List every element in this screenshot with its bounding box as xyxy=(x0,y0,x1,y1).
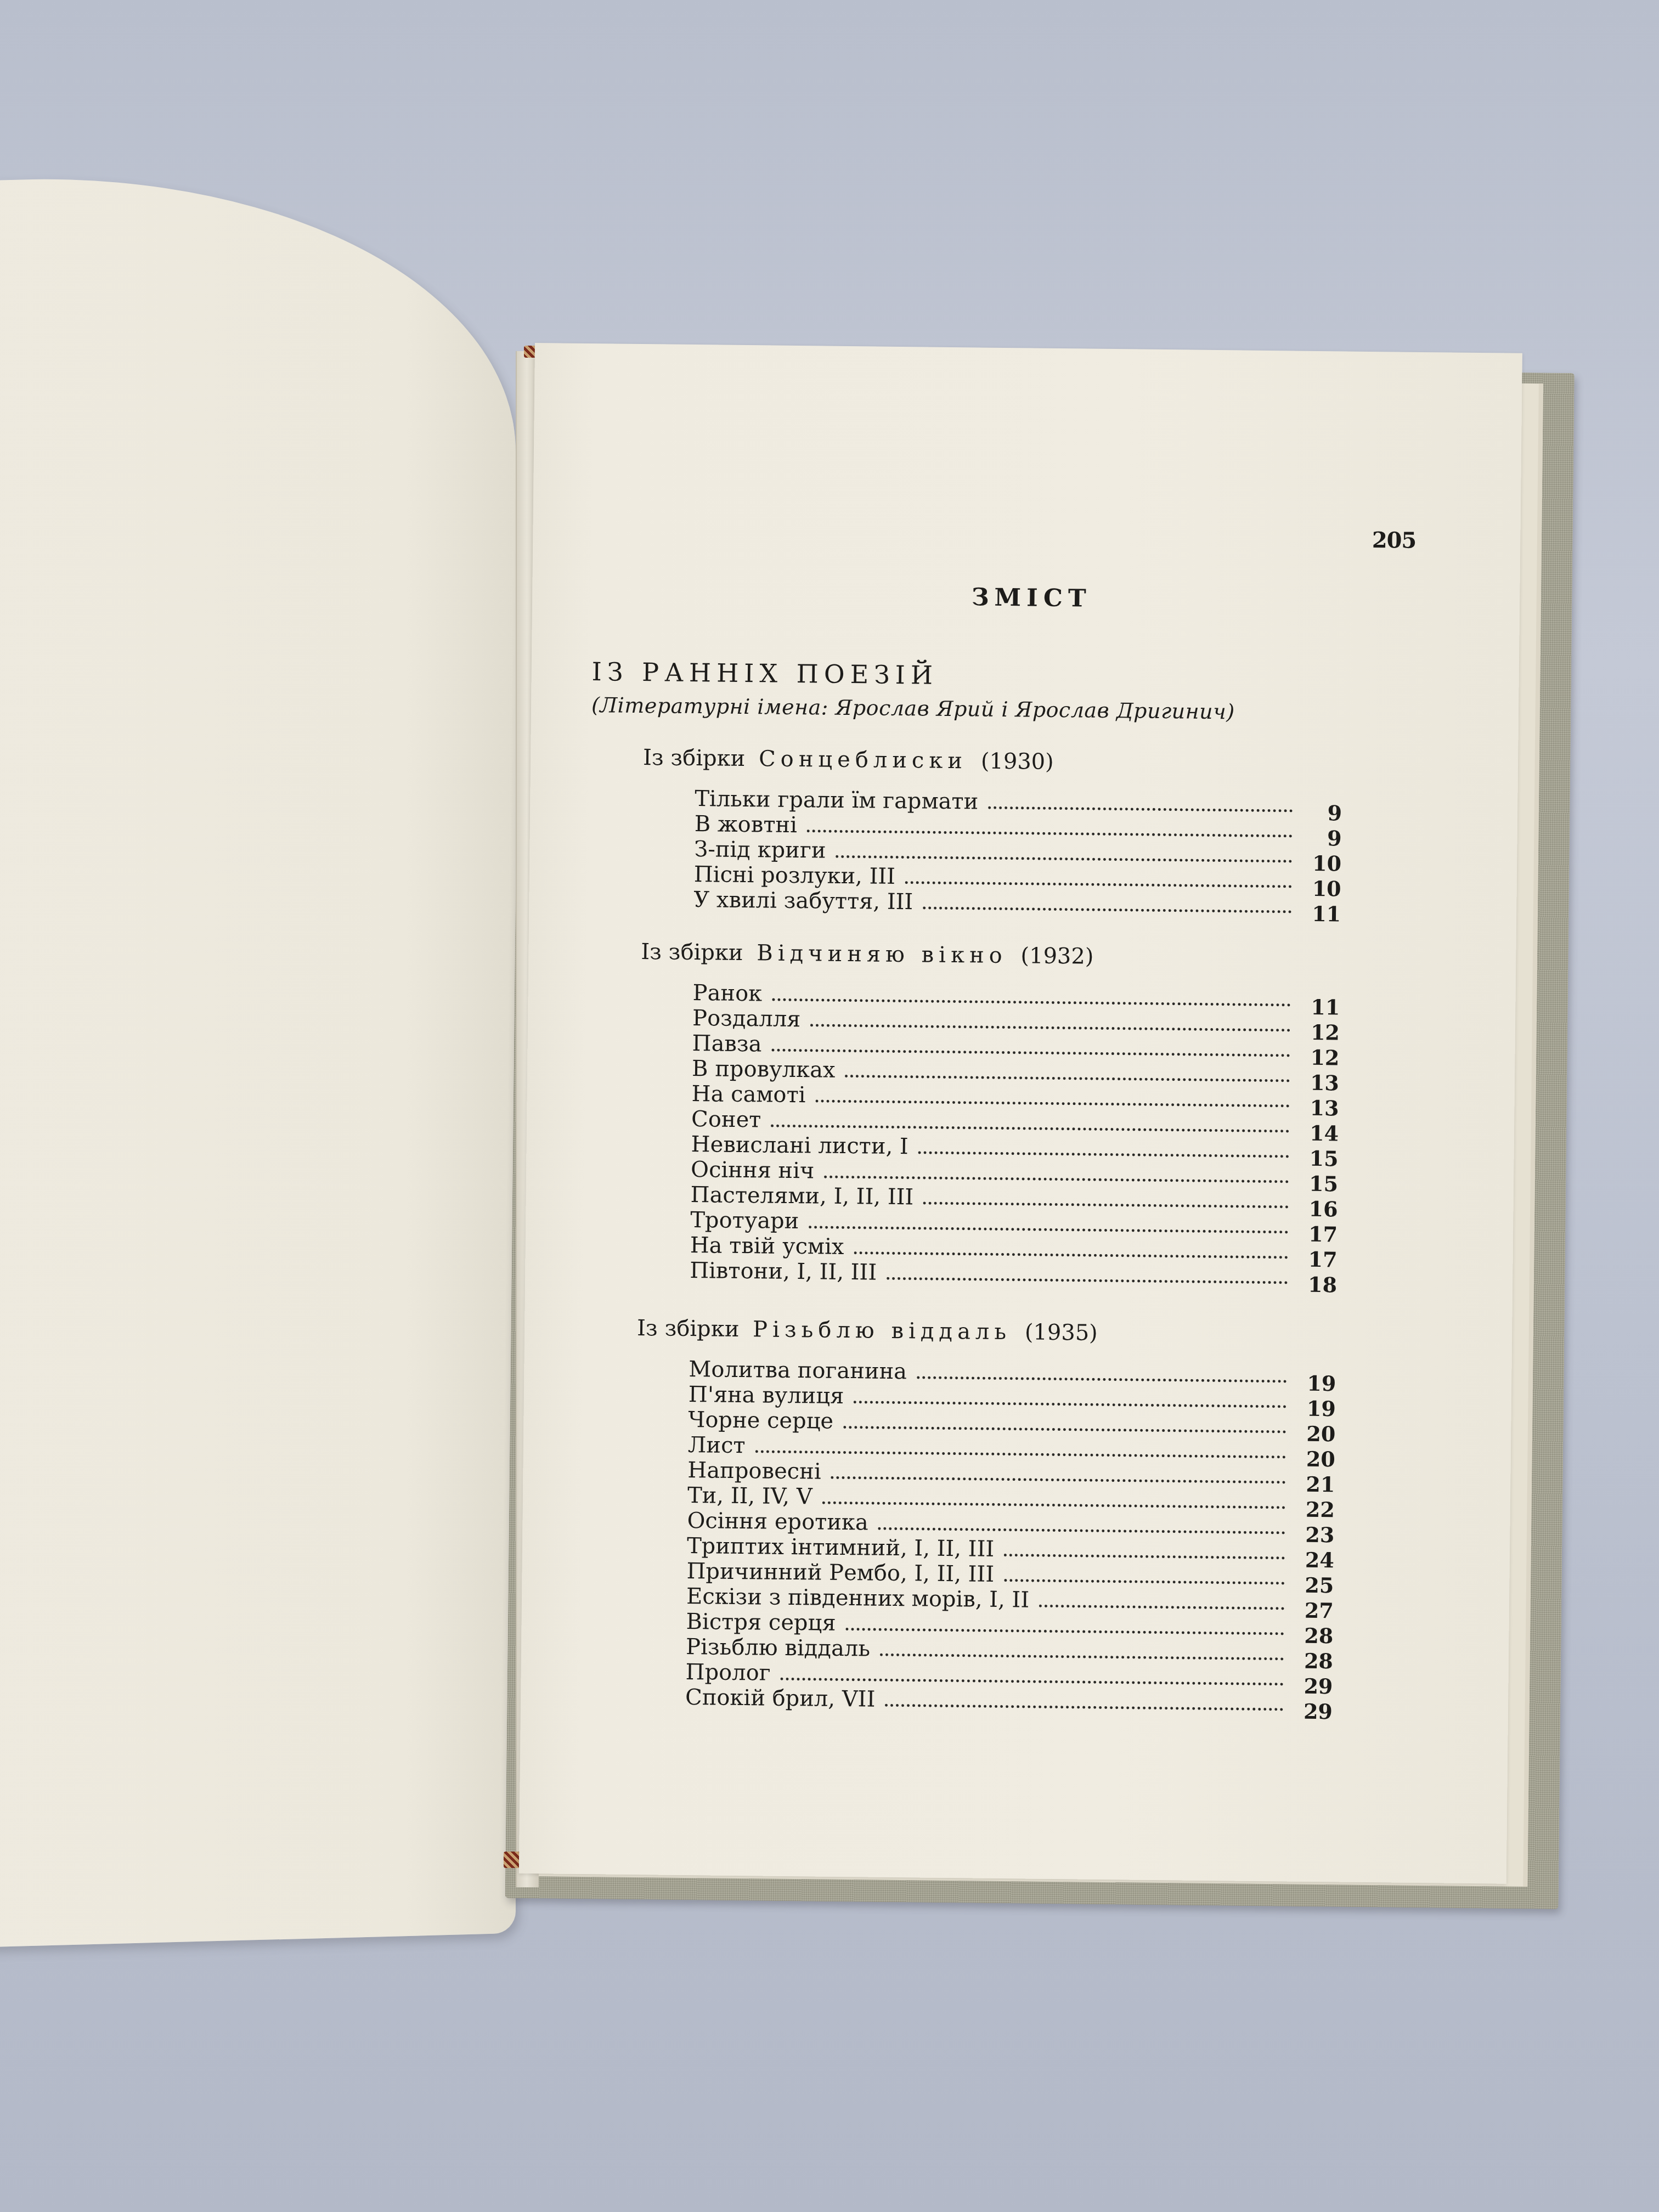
entry-page: 15 xyxy=(1289,1171,1338,1196)
table-of-contents: 205 ЗМІСТ ІЗ РАННІХ ПОЕЗІЙ (Літературні … xyxy=(581,519,1417,1718)
right-page: 205 ЗМІСТ ІЗ РАННІХ ПОЕЗІЙ (Літературні … xyxy=(519,343,1522,1884)
entry-title: Півтони, I, II, III xyxy=(690,1258,887,1285)
collection-heading: Із збірки Відчиняю вікно (1932) xyxy=(641,939,1412,973)
dot-leader xyxy=(755,1450,1285,1458)
entry-page: 28 xyxy=(1284,1648,1333,1673)
entry-title: У хвилі забуття, III xyxy=(693,887,923,915)
entry-page: 17 xyxy=(1288,1246,1337,1272)
dot-leader xyxy=(918,1151,1289,1158)
collection-name: Сонцеблиски xyxy=(759,746,967,774)
entry-title: Причинний Рембо, I, II, III xyxy=(686,1559,1004,1587)
entry-page: 11 xyxy=(1290,994,1340,1019)
entry-title: Сонет xyxy=(691,1107,771,1133)
dot-leader xyxy=(923,906,1291,913)
dot-leader xyxy=(905,881,1292,888)
entry-page: 29 xyxy=(1283,1673,1333,1699)
entry-page: 29 xyxy=(1283,1699,1333,1724)
collection-heading: Із збірки Різьблю віддаль (1935) xyxy=(637,1316,1408,1349)
dot-leader xyxy=(854,1251,1288,1259)
collection-year: (1932) xyxy=(1020,943,1093,969)
entry-title: Молитва поганина xyxy=(689,1357,917,1384)
dot-leader xyxy=(810,1024,1290,1031)
collection-year: (1935) xyxy=(1025,1319,1098,1345)
entry-title: Ти, II, IV, V xyxy=(687,1483,822,1510)
entry-page: 12 xyxy=(1290,1045,1339,1070)
entry-page: 28 xyxy=(1284,1623,1333,1648)
entry-page: 16 xyxy=(1288,1196,1338,1221)
toc-title: ЗМІСТ xyxy=(647,580,1415,616)
entry-page: 13 xyxy=(1289,1095,1339,1120)
entry-title: Тротуари xyxy=(690,1207,809,1234)
entry-title: Спокій брил, VII xyxy=(685,1685,885,1712)
dot-leader xyxy=(917,1376,1286,1383)
page-number: 205 xyxy=(1372,527,1417,554)
entry-title: Пісні розлуки, III xyxy=(694,862,906,889)
section-title: ІЗ РАННІХ ПОЕЗІЙ xyxy=(591,657,1414,695)
entry-page: 23 xyxy=(1285,1522,1334,1547)
collection-rizbliu-viddal: Із збірки Різьблю віддаль (1935) Молитва… xyxy=(581,1315,1408,1718)
dot-leader xyxy=(807,830,1293,837)
entry-page: 9 xyxy=(1292,826,1341,851)
entry-title: Ранок xyxy=(692,980,772,1007)
entry-title: Триптих інтимний, I, II, III xyxy=(687,1533,1005,1562)
entry-title: Напровесні xyxy=(687,1458,831,1485)
dot-leader xyxy=(988,806,1293,812)
entry-page: 10 xyxy=(1292,851,1341,876)
dot-leader xyxy=(845,1628,1284,1635)
entry-page: 10 xyxy=(1291,876,1341,901)
left-page xyxy=(0,167,516,1948)
entry-page: 11 xyxy=(1291,901,1341,927)
entry-title: Пастелями, I, II, III xyxy=(691,1182,924,1210)
entry-title: Роздалля xyxy=(692,1006,811,1032)
dot-leader xyxy=(831,1476,1285,1484)
dot-leader xyxy=(880,1654,1284,1661)
dot-leader xyxy=(771,1125,1289,1133)
dot-leader xyxy=(809,1226,1288,1233)
dot-leader xyxy=(885,1704,1283,1711)
entry-page: 9 xyxy=(1293,800,1342,826)
entry-title: Пролог xyxy=(685,1660,781,1686)
dot-leader xyxy=(1004,1554,1285,1559)
entry-title: Лист xyxy=(688,1432,755,1458)
entry-page: 20 xyxy=(1286,1421,1335,1446)
entry-page: 12 xyxy=(1290,1019,1340,1045)
dot-leader xyxy=(1039,1605,1284,1610)
entry-page: 24 xyxy=(1285,1547,1334,1572)
entry-title: Осіння ніч xyxy=(691,1157,825,1184)
entry-title: Чорне серце xyxy=(688,1407,843,1434)
entry-page: 21 xyxy=(1285,1471,1335,1497)
dot-leader xyxy=(771,1049,1290,1057)
entry-page: 15 xyxy=(1289,1145,1338,1171)
dot-leader xyxy=(923,1202,1289,1209)
collection-prefix: Із збірки xyxy=(643,745,746,771)
collection-year: (1930) xyxy=(981,749,1054,775)
collection-vidchyniaiu-vikno: Із збірки Відчиняю вікно (1932) Ранок11 … xyxy=(585,939,1412,1291)
entry-page: 27 xyxy=(1284,1598,1334,1623)
dot-leader xyxy=(815,1099,1289,1107)
headband-bottom xyxy=(504,1852,520,1868)
dot-leader xyxy=(781,1678,1284,1686)
entry-title: На твій усміх xyxy=(690,1233,854,1260)
dot-leader xyxy=(1004,1579,1284,1584)
dot-leader xyxy=(772,998,1290,1007)
entry-page: 19 xyxy=(1286,1370,1336,1396)
dot-leader xyxy=(854,1401,1286,1408)
entry-title: Різьблю віддаль xyxy=(686,1634,880,1662)
entry-page: 19 xyxy=(1286,1396,1336,1421)
entry-title: Вістря серця xyxy=(686,1609,845,1636)
entry-page: 14 xyxy=(1289,1120,1339,1145)
entry-title: Павза xyxy=(692,1031,771,1057)
entry-page: 25 xyxy=(1284,1572,1334,1598)
entry-title: В жовтні xyxy=(695,811,808,838)
dot-leader xyxy=(822,1502,1285,1509)
dot-leader xyxy=(824,1176,1289,1183)
entry-title: В провулках xyxy=(692,1056,845,1083)
collection-name: Різьблю віддаль xyxy=(753,1317,1011,1345)
entry-page: 18 xyxy=(1288,1272,1337,1297)
collection-prefix: Із збірки xyxy=(637,1316,740,1342)
dot-leader xyxy=(887,1277,1288,1284)
entry-page: 17 xyxy=(1288,1221,1338,1246)
entry-page: 20 xyxy=(1286,1446,1335,1471)
dot-leader xyxy=(845,1075,1290,1082)
entry-page: 13 xyxy=(1290,1070,1339,1095)
entry-title: На самоті xyxy=(691,1081,815,1108)
entry-title: Ескізи з південних морів, I, II xyxy=(686,1584,1039,1613)
dot-leader xyxy=(843,1426,1286,1433)
entry-page: 22 xyxy=(1285,1497,1335,1522)
collection-heading: Із збірки Сонцеблиски (1930) xyxy=(643,745,1414,778)
entry-title: З-під криги xyxy=(694,837,836,864)
collection-sontseblysky: Із збірки Сонцеблиски (1930) Тільки грал… xyxy=(589,744,1414,920)
entry-title: Невислані листи, I xyxy=(691,1132,918,1159)
dot-leader xyxy=(836,855,1292,863)
entry-title: П'яна вулиця xyxy=(689,1382,854,1409)
collection-prefix: Із збірки xyxy=(641,939,743,966)
section-subtitle: (Літературні імена: Ярослав Ярий і Яросл… xyxy=(591,693,1414,726)
entry-title: Осіння еротика xyxy=(687,1508,878,1536)
collection-name: Відчиняю вікно xyxy=(757,940,1007,968)
dot-leader xyxy=(878,1527,1285,1534)
entry-title: Тільки грали їм гармати xyxy=(695,786,988,815)
